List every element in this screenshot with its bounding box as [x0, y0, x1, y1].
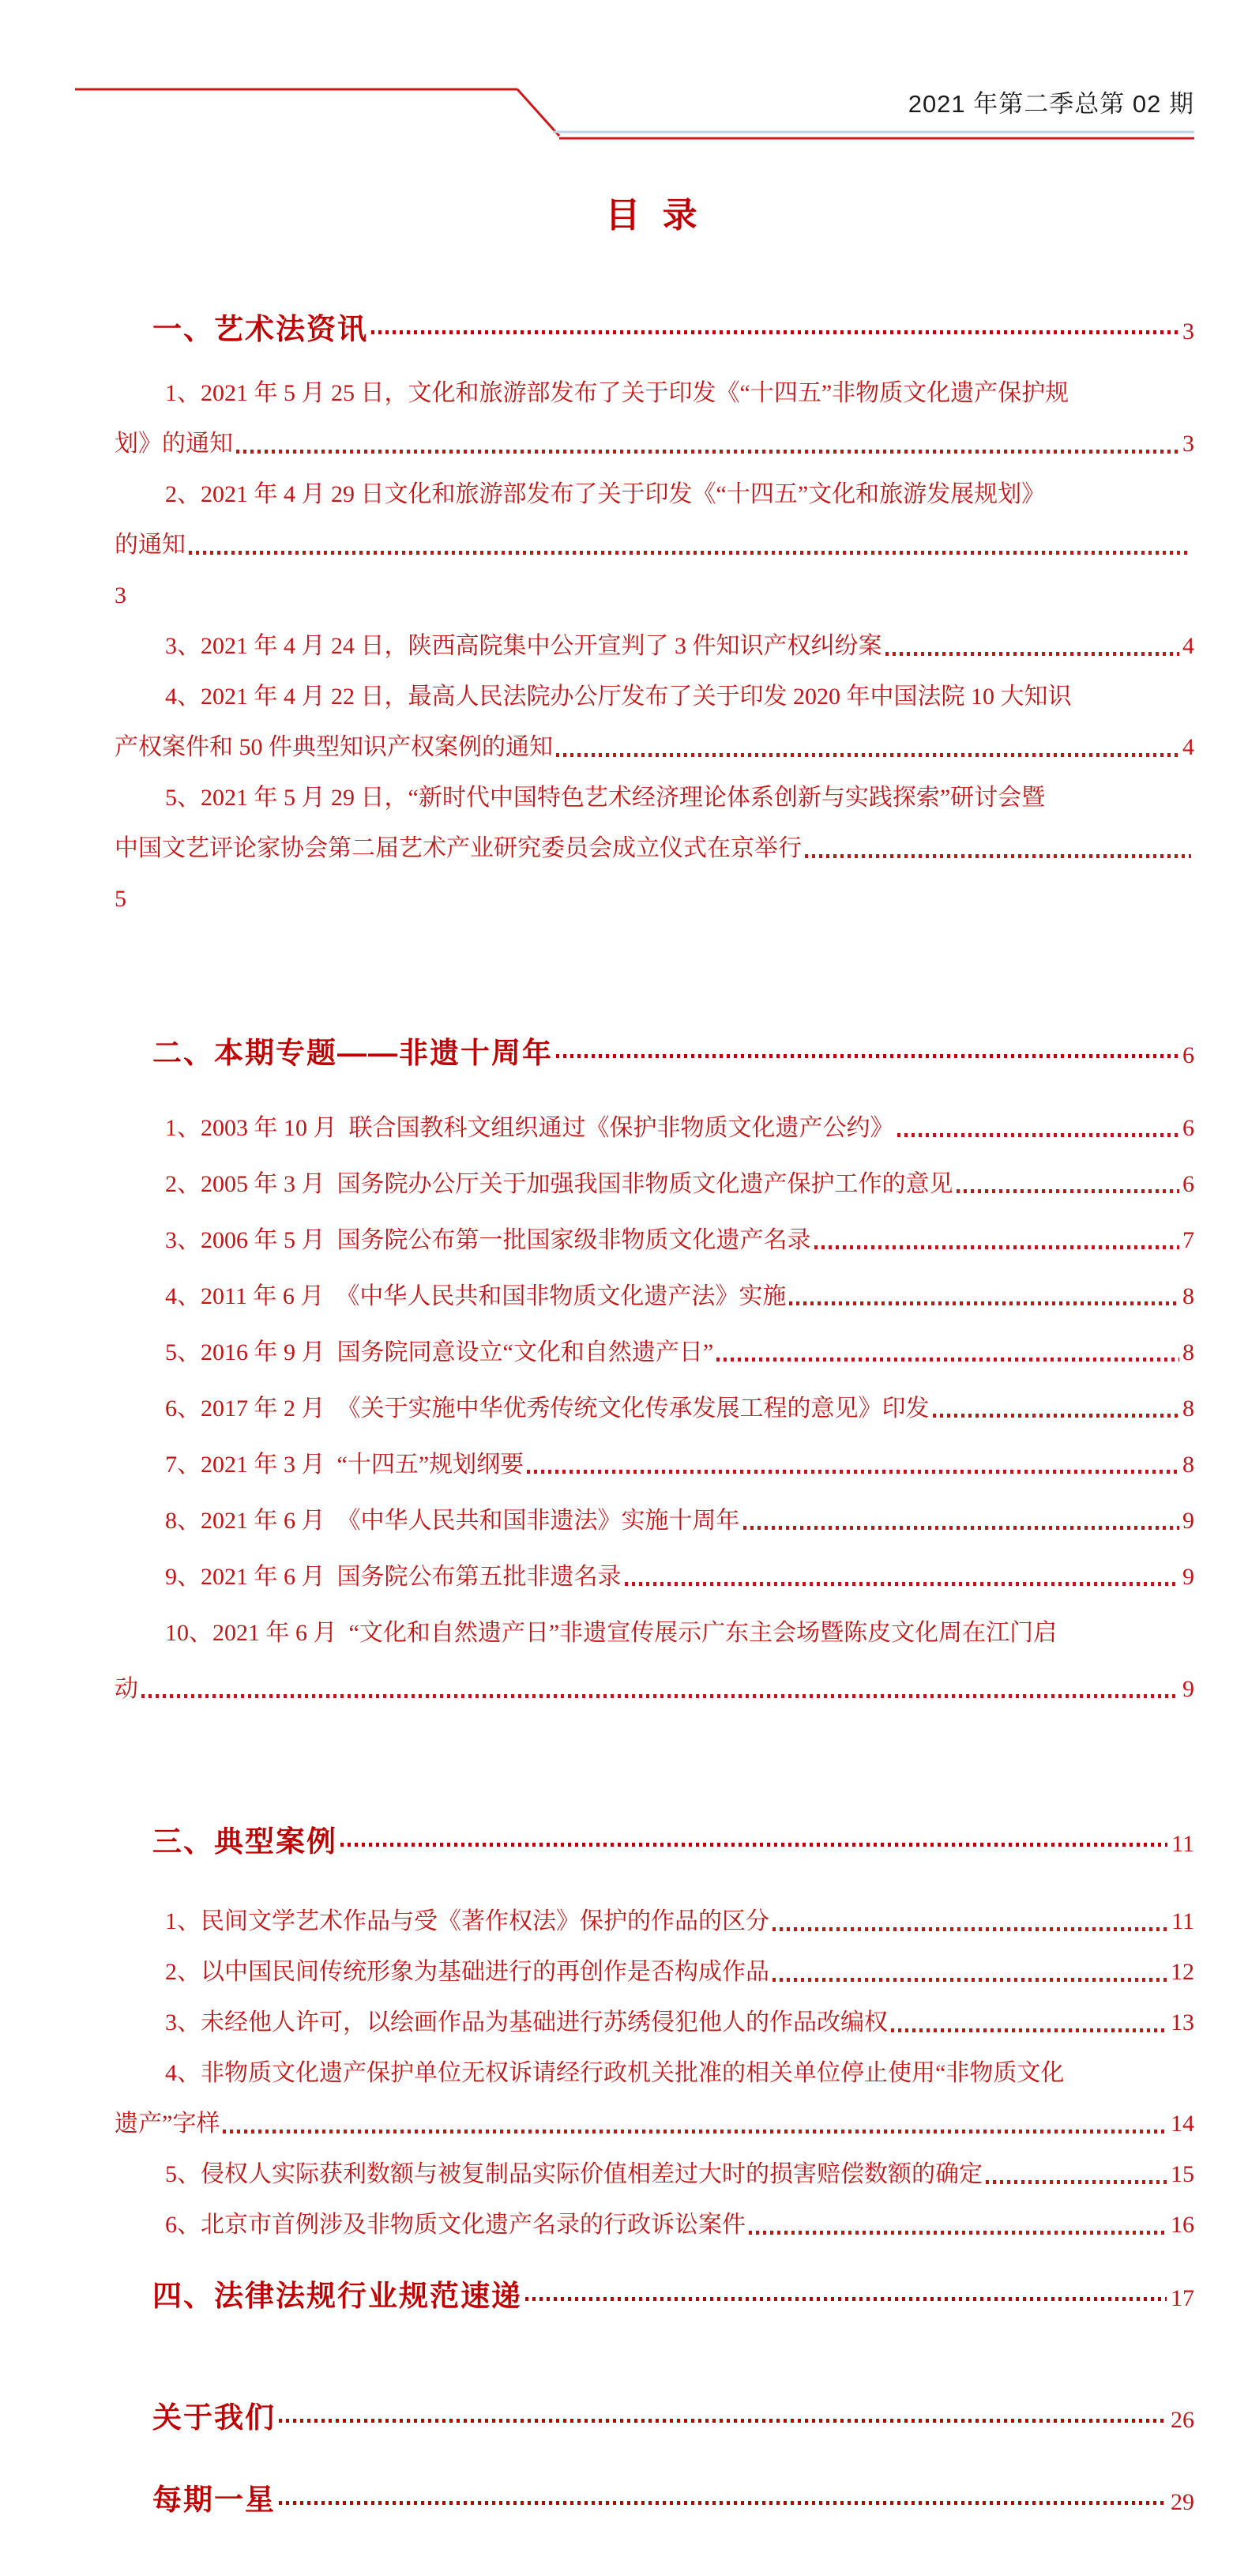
toc-section-heading-about: 关于我们26 [152, 2396, 1194, 2442]
page-number: 9 [1182, 1493, 1194, 1549]
toc-entry-text: 6、2017 年 2 月 《关于实施中华优秀传统文化传承发展工程的意见》印发 [115, 1380, 930, 1437]
section-sec1: 一、艺术法资讯31、2021 年 5 月 25 日，文化和旅游部发布了关于印发《… [115, 307, 1194, 925]
page-number: 9 [1182, 1549, 1194, 1605]
toc-entry-line: 3、2021 年 4 月 24 日，陕西高院集中公开宣判了 3 件知识产权纠纷案… [115, 621, 1194, 672]
toc-entry-text: 4、非物质文化遗产保护单位无权诉请经行政机关批准的相关单位停止使用“非物质文化 [115, 2048, 1064, 2099]
toc-entry-line: 5、2021 年 5 月 29 日，“新时代中国特色艺术经济理论体系创新与实践探… [115, 773, 1194, 823]
toc-content: 目 录 一、艺术法资讯31、2021 年 5 月 25 日，文化和旅游部发布了关… [115, 0, 1194, 2525]
toc-entry-line: 的通知 [115, 520, 1194, 571]
toc-entry-text: 2、以中国民间传统形象为基础进行的再创作是否构成作品 [115, 1947, 769, 1998]
toc-entry-line: 2、以中国民间传统形象为基础进行的再创作是否构成作品12 [115, 1947, 1194, 1998]
toc-entry-text: 3 [115, 571, 126, 621]
toc-entry-text: 5、侵权人实际获利数额与被复制品实际价值相差过大时的损害赔偿数额的确定 [115, 2149, 983, 2200]
leader-dots [525, 2297, 1167, 2301]
page-number: 4 [1182, 621, 1194, 672]
leader-dots [789, 1301, 1179, 1305]
toc-items: 1、2021 年 5 月 25 日，文化和旅游部发布了关于印发《“十四五”非物质… [115, 368, 1194, 925]
leader-dots [986, 2180, 1167, 2184]
page-number: 14 [1171, 2099, 1194, 2149]
toc-entry-line: 划》的通知3 [115, 419, 1194, 469]
toc-entry-line: 1、2003 年 10 月 联合国教科文组织通过《保护非物质文化遗产公约》6 [115, 1100, 1194, 1156]
page-number: 29 [1171, 2480, 1194, 2525]
page-number: 4 [1182, 722, 1194, 773]
toc-entry-line: 5、2016 年 9 月 国务院同意设立“文化和自然遗产日”8 [115, 1324, 1194, 1380]
toc-entry-line: 1、民间文学艺术作品与受《著作权法》保护的作品的区分11 [115, 1896, 1194, 1947]
toc-entry-text: 6、北京市首例涉及非物质文化遗产名录的行政诉讼案件 [115, 2200, 746, 2250]
leader-dots [897, 1133, 1180, 1137]
toc-entry-line: 5、侵权人实际获利数额与被复制品实际价值相差过大时的损害赔偿数额的确定15 [115, 2149, 1194, 2200]
toc-entry-text: 10、2021 年 6 月 “文化和自然遗产日”非遗宣传展示广东主会场暨陈皮文化… [115, 1605, 1057, 1661]
section-heading-label: 关于我们 [152, 2396, 276, 2440]
toc-entry-line: 5 [115, 874, 1194, 925]
toc-entry-line: 6、北京市首例涉及非物质文化遗产名录的行政诉讼案件16 [115, 2200, 1194, 2250]
section-about: 关于我们26 [115, 2396, 1194, 2442]
page-number: 12 [1171, 1947, 1194, 1998]
leader-dots [371, 330, 1178, 334]
toc-entry-line: 3、未经他人许可，以绘画作品为基础进行苏绣侵犯他人的作品改编权13 [115, 1998, 1194, 2048]
leader-dots [279, 2419, 1167, 2423]
toc-section-heading-sec3: 三、典型案例11 [152, 1820, 1194, 1866]
page-number: 6 [1182, 1156, 1194, 1212]
toc-entry-line: 3 [115, 571, 1194, 621]
page-number: 11 [1171, 1896, 1194, 1947]
page-number: 16 [1171, 2200, 1194, 2250]
leader-dots [772, 1927, 1168, 1931]
toc-entry-text: 4、2011 年 6 月 《中华人民共和国非物质文化遗产法》实施 [115, 1268, 786, 1324]
leader-dots [340, 1843, 1167, 1847]
toc-section-heading-star: 每期一星29 [152, 2478, 1194, 2525]
toc-entry-text: 动 [115, 1661, 138, 1717]
toc-section-heading-sec1: 一、艺术法资讯3 [152, 307, 1194, 354]
toc-entry-line: 1、2021 年 5 月 25 日，文化和旅游部发布了关于印发《“十四五”非物质… [115, 368, 1194, 419]
leader-dots [527, 1470, 1179, 1474]
toc-entry-text: 8、2021 年 6 月 《中华人民共和国非遗法》实施十周年 [115, 1493, 740, 1549]
toc-entry-line: 动9 [115, 1661, 1194, 1717]
toc-entry-line: 6、2017 年 2 月 《关于实施中华优秀传统文化传承发展工程的意见》印发8 [115, 1380, 1194, 1437]
section-heading-label: 三、典型案例 [152, 1820, 337, 1864]
toc-entry-text: 中国文艺评论家协会第二届艺术产业研究委员会成立仪式在京举行 [115, 823, 802, 874]
toc-entry-text: 1、民间文学艺术作品与受《著作权法》保护的作品的区分 [115, 1896, 769, 1947]
toc-entry-text: 划》的通知 [115, 419, 233, 469]
leader-dots [716, 1358, 1179, 1361]
toc-entry-line: 3、2006 年 5 月 国务院公布第一批国家级非物质文化遗产名录7 [115, 1212, 1194, 1268]
toc-section-heading-sec2: 二、本期专题——非遗十周年6 [152, 1031, 1194, 1078]
leader-dots [933, 1414, 1180, 1418]
leader-dots [743, 1526, 1180, 1530]
toc-entry-text: 9、2021 年 6 月 国务院公布第五批非遗名录 [115, 1549, 622, 1605]
toc-entry-text: 3、2006 年 5 月 国务院公布第一批国家级非物质文化遗产名录 [115, 1212, 811, 1268]
toc-entry-line: 8、2021 年 6 月 《中华人民共和国非遗法》实施十周年9 [115, 1493, 1194, 1549]
leader-dots [236, 450, 1179, 454]
toc-entry-line: 9、2021 年 6 月 国务院公布第五批非遗名录9 [115, 1549, 1194, 1605]
toc-items: 1、民间文学艺术作品与受《著作权法》保护的作品的区分112、以中国民间传统形象为… [115, 1896, 1194, 2250]
leader-dots [625, 1582, 1180, 1586]
page-number: 11 [1171, 1822, 1194, 1866]
section-heading-label: 一、艺术法资讯 [152, 307, 368, 352]
page-number: 3 [1182, 419, 1194, 469]
toc-entry-line: 遗产”字样14 [115, 2099, 1194, 2149]
section-sec2: 二、本期专题——非遗十周年61、2003 年 10 月 联合国教科文组织通过《保… [115, 1031, 1194, 1717]
toc-entry-line: 中国文艺评论家协会第二届艺术产业研究委员会成立仪式在京举行 [115, 823, 1194, 874]
page-number: 6 [1182, 1100, 1194, 1156]
page-number: 3 [1182, 310, 1194, 354]
section-heading-label: 四、法律法规行业规范速递 [152, 2274, 522, 2318]
leader-dots [556, 1054, 1178, 1058]
toc-items: 1、2003 年 10 月 联合国教科文组织通过《保护非物质文化遗产公约》62、… [115, 1100, 1194, 1717]
toc-page: 2021 年第二季总第 02 期 目 录 一、艺术法资讯31、2021 年 5 … [0, 0, 1248, 2576]
page-number: 8 [1182, 1380, 1194, 1437]
toc-entry-text: 5、2021 年 5 月 29 日，“新时代中国特色艺术经济理论体系创新与实践探… [115, 773, 1045, 823]
page-number: 8 [1182, 1268, 1194, 1324]
toc-entry-text: 3、2021 年 4 月 24 日，陕西高院集中公开宣判了 3 件知识产权纠纷案 [115, 621, 882, 672]
section-heading-label: 二、本期专题——非遗十周年 [152, 1031, 553, 1075]
page-number: 8 [1182, 1437, 1194, 1493]
toc-entry-line: 2、2005 年 3 月 国务院办公厅关于加强我国非物质文化遗产保护工作的意见6 [115, 1156, 1194, 1212]
leader-dots [141, 1694, 1179, 1698]
leader-dots [772, 1978, 1167, 1982]
toc-entry-line: 4、2011 年 6 月 《中华人民共和国非物质文化遗产法》实施8 [115, 1268, 1194, 1324]
toc-entry-text: 5 [115, 874, 126, 925]
toc-entry-text: 2、2005 年 3 月 国务院办公厅关于加强我国非物质文化遗产保护工作的意见 [115, 1156, 953, 1212]
page-number: 15 [1171, 2149, 1194, 2200]
toc-entry-line: 7、2021 年 3 月 “十四五”规划纲要8 [115, 1437, 1194, 1493]
page-number: 26 [1171, 2398, 1194, 2442]
toc-entry-line: 4、2021 年 4 月 22 日，最高人民法院办公厅发布了关于印发 2020 … [115, 672, 1194, 722]
page-title: 目 录 [115, 192, 1194, 239]
toc-entry-text: 4、2021 年 4 月 22 日，最高人民法院办公厅发布了关于印发 2020 … [115, 672, 1072, 722]
leader-dots [556, 753, 1179, 757]
toc-entry-line: 10、2021 年 6 月 “文化和自然遗产日”非遗宣传展示广东主会场暨陈皮文化… [115, 1605, 1194, 1661]
page-number: 17 [1171, 2277, 1194, 2321]
toc-entry-text: 7、2021 年 3 月 “十四五”规划纲要 [115, 1437, 524, 1493]
leader-dots [223, 2130, 1167, 2133]
leader-dots [814, 1245, 1180, 1249]
leader-dots [885, 652, 1180, 656]
leader-dots [189, 551, 1191, 555]
section-heading-label: 每期一星 [152, 2478, 276, 2522]
toc-entry-text: 2、2021 年 4 月 29 日文化和旅游部发布了关于印发《“十四五”文化和旅… [115, 469, 1045, 520]
toc-entry-text: 遗产”字样 [115, 2099, 220, 2149]
leader-dots [891, 2028, 1167, 2032]
section-star: 每期一星29 [115, 2478, 1194, 2525]
leader-dots [749, 2231, 1167, 2235]
toc-entry-line: 2、2021 年 4 月 29 日文化和旅游部发布了关于印发《“十四五”文化和旅… [115, 469, 1194, 520]
section-sec4: 四、法律法规行业规范速递17 [115, 2274, 1194, 2321]
page-number: 8 [1182, 1324, 1194, 1380]
page-number: 7 [1182, 1212, 1194, 1268]
page-number: 6 [1182, 1034, 1194, 1078]
toc-entry-text: 产权案件和 50 件典型知识产权案例的通知 [115, 722, 553, 773]
toc-entry-text: 的通知 [115, 520, 186, 571]
page-number: 13 [1171, 1998, 1194, 2048]
toc-entry-text: 3、未经他人许可，以绘画作品为基础进行苏绣侵犯他人的作品改编权 [115, 1998, 888, 2048]
toc-entry-text: 1、2003 年 10 月 联合国教科文组织通过《保护非物质文化遗产公约》 [115, 1100, 894, 1156]
toc-body: 一、艺术法资讯31、2021 年 5 月 25 日，文化和旅游部发布了关于印发《… [115, 307, 1194, 2525]
leader-dots [279, 2501, 1167, 2505]
leader-dots [805, 854, 1191, 858]
toc-entry-line: 4、非物质文化遗产保护单位无权诉请经行政机关批准的相关单位停止使用“非物质文化 [115, 2048, 1194, 2099]
toc-section-heading-sec4: 四、法律法规行业规范速递17 [152, 2274, 1194, 2321]
toc-entry-text: 5、2016 年 9 月 国务院同意设立“文化和自然遗产日” [115, 1324, 713, 1380]
toc-entry-line: 产权案件和 50 件典型知识产权案例的通知4 [115, 722, 1194, 773]
page-number: 9 [1182, 1661, 1194, 1717]
toc-entry-text: 1、2021 年 5 月 25 日，文化和旅游部发布了关于印发《“十四五”非物质… [115, 368, 1069, 419]
section-sec3: 三、典型案例111、民间文学艺术作品与受《著作权法》保护的作品的区分112、以中… [115, 1820, 1194, 2250]
leader-dots [957, 1189, 1180, 1193]
